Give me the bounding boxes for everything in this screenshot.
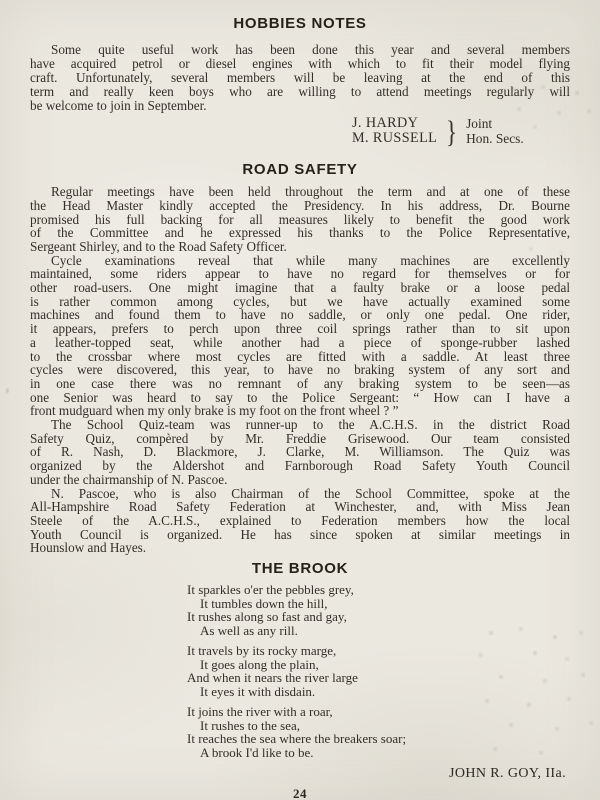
poem-line: It eyes it with disdain. bbox=[200, 685, 570, 699]
text-line: Safety Quiz, compèred by Mr. Freddie Gri… bbox=[30, 432, 570, 446]
hobbies-paragraph: Some quite useful work has been done thi… bbox=[30, 43, 570, 113]
signatory-names: J. HARDY M. RUSSELL bbox=[352, 116, 437, 148]
text-line: be welcome to join in September. bbox=[30, 99, 570, 113]
page-number: 24 bbox=[30, 786, 570, 800]
poem-line: It tumbles down the hill, bbox=[200, 597, 570, 611]
text-line: under the chairmanship of N. Pascoe. bbox=[30, 473, 570, 487]
text-line: the Head Master kindly accepted the Pres… bbox=[30, 199, 570, 213]
text-line: a leather-topped seat, while another had… bbox=[30, 336, 570, 350]
section-title-hobbies-notes: HOBBIES NOTES bbox=[30, 14, 570, 33]
text-line: other road-users. One might imagine that… bbox=[30, 281, 570, 295]
poem-line: It reaches the sea where the breakers so… bbox=[187, 732, 570, 746]
brace-glyph: } bbox=[446, 116, 457, 147]
text-line: Cycle examinations reveal that while man… bbox=[30, 254, 570, 268]
road-safety-paragraph: Regular meetings have been held througho… bbox=[30, 185, 570, 254]
poem-stanza: It joins the river with a roar, It rushe… bbox=[187, 705, 570, 759]
poem-line: It rushes along so fast and gay, bbox=[187, 610, 570, 624]
poem-line: It travels by its rocky marge, bbox=[187, 644, 570, 658]
signatory-role: Hon. Secs. bbox=[466, 131, 524, 147]
poem-line: It rushes to the sea, bbox=[200, 719, 570, 733]
signatory-roles: Joint Hon. Secs. bbox=[466, 116, 524, 148]
poem-line: It sparkles o'er the pebbles grey, bbox=[187, 583, 570, 597]
text-line: have acquired petrol or diesel engines w… bbox=[30, 57, 570, 71]
text-line: one Senior was heard to say to the Polic… bbox=[30, 391, 570, 405]
poem-stanza: It travels by its rocky marge, It goes a… bbox=[187, 644, 570, 698]
poem-line: As well as any rill. bbox=[200, 624, 570, 638]
signatory-name: M. RUSSELL bbox=[352, 131, 437, 147]
signature-block: J. HARDY M. RUSSELL } Joint Hon. Secs. bbox=[352, 116, 570, 148]
text-line: front mudguard when my only brake is my … bbox=[30, 404, 570, 418]
section-title-the-brook: THE BROOK bbox=[30, 559, 570, 578]
text-line: Youth Council is organized. He has since… bbox=[30, 528, 570, 542]
text-line: of the Committee and he expressed his th… bbox=[30, 226, 570, 240]
text-line: Hounslow and Hayes. bbox=[30, 541, 570, 555]
magazine-page: HOBBIES NOTES Some quite useful work has… bbox=[0, 0, 600, 800]
signatory-name: J. HARDY bbox=[352, 116, 437, 132]
text-line: organized by the Aldershot and Farnborou… bbox=[30, 459, 570, 473]
road-safety-paragraph: The School Quiz-team was runner-up to th… bbox=[30, 418, 570, 487]
text-line: of R. Nash, D. Blackmore, J. Clarke, M. … bbox=[30, 445, 570, 459]
text-line: N. Pascoe, who is also Chairman of the S… bbox=[30, 487, 570, 501]
text-line: term and really keen boys who are willin… bbox=[30, 85, 570, 99]
section-title-road-safety: ROAD SAFETY bbox=[30, 160, 570, 179]
text-line: Sergeant Shirley, and to the Road Safety… bbox=[30, 240, 570, 254]
text-line: Regular meetings have been held througho… bbox=[30, 185, 570, 199]
poem-stanza: It sparkles o'er the pebbles grey, It tu… bbox=[187, 583, 570, 637]
poem-line: A brook I'd like to be. bbox=[200, 746, 570, 760]
poem-line: And when it nears the river large bbox=[187, 671, 570, 685]
poem-author: JOHN R. GOY, IIa. bbox=[30, 766, 566, 782]
text-line: The School Quiz-team was runner-up to th… bbox=[30, 418, 570, 432]
poem-line: It goes along the plain, bbox=[200, 658, 570, 672]
road-safety-paragraph: Cycle examinations reveal that while man… bbox=[30, 254, 570, 418]
text-line: craft. Unfortunately, several members wi… bbox=[30, 71, 570, 85]
text-line: cycles were discovered, this year, to ha… bbox=[30, 363, 570, 377]
road-safety-body: Regular meetings have been held througho… bbox=[30, 185, 570, 555]
text-line: machines and found them to have no saddl… bbox=[30, 308, 570, 322]
text-line: All-Hampshire Road Safety Federation at … bbox=[30, 500, 570, 514]
text-line: to the crossbar where most cycles are fi… bbox=[30, 350, 570, 364]
road-safety-paragraph: N. Pascoe, who is also Chairman of the S… bbox=[30, 487, 570, 556]
text-line: Some quite useful work has been done thi… bbox=[30, 43, 570, 57]
poem-line: It joins the river with a roar, bbox=[187, 705, 570, 719]
text-line: is rather common among cycles, but we ha… bbox=[30, 295, 570, 309]
text-line: it appears, prefers to perch upon three … bbox=[30, 322, 570, 336]
signatory-role: Joint bbox=[466, 116, 524, 132]
text-line: in one case there was no remnant of any … bbox=[30, 377, 570, 391]
poem-the-brook: It sparkles o'er the pebbles grey, It tu… bbox=[187, 583, 570, 759]
text-line: maintained, some riders appear to have n… bbox=[30, 267, 570, 281]
text-line: Steele of the A.C.H.S., explained to Fed… bbox=[30, 514, 570, 528]
text-line: promised his full backing for all measur… bbox=[30, 213, 570, 227]
